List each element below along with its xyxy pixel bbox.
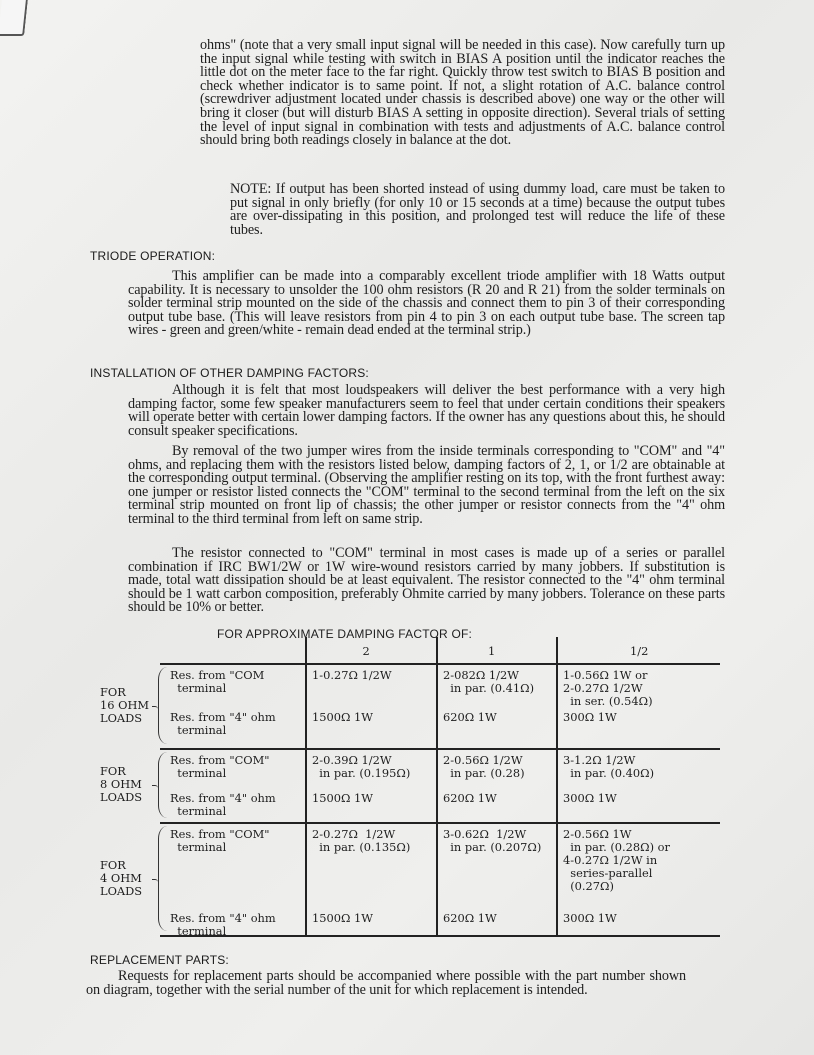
load-group-label: FOR 16 OHM LOADS [100, 686, 149, 725]
resistor-value: 2-0.39Ω 1/2W in par. (0.195Ω) [312, 754, 410, 780]
resistor-value: 3-1.2Ω 1/2W in par. (0.40Ω) [563, 754, 654, 780]
damping-paragraph-2: By removal of the two jumper wires from … [128, 445, 725, 527]
column-header: 1/2 [630, 645, 648, 658]
resistor-value: 620Ω 1W [443, 912, 497, 925]
row-label: Res. from "COM" terminal [170, 754, 270, 780]
row-label: Res. from "4" ohm terminal [170, 912, 276, 938]
brace-icon [158, 752, 167, 818]
column-header: 1 [488, 645, 495, 658]
row-label: Res. from "COM" terminal [170, 828, 270, 854]
load-group-label: FOR 4 OHM LOADS [100, 859, 142, 898]
row-label: Res. from "COM terminal [170, 669, 264, 695]
section-heading-replacement: REPLACEMENT PARTS: [90, 953, 229, 967]
resistor-value: 3-0.62Ω 1/2W in par. (0.207Ω) [443, 828, 541, 854]
header-rule [160, 663, 720, 665]
replacement-paragraph: Requests for replacement parts should be… [86, 970, 686, 997]
resistor-value: 1500Ω 1W [312, 912, 373, 925]
resistor-value: 300Ω 1W [563, 711, 617, 724]
group-rule [160, 822, 720, 824]
table-caption: FOR APPROXIMATE DAMPING FACTOR OF: [217, 627, 472, 641]
resistor-value: 2-082Ω 1/2W in par. (0.41Ω) [443, 669, 534, 695]
row-label: Res. from "4" ohm terminal [170, 711, 276, 737]
intro-paragraph: ohms" (note that a very small input sign… [200, 39, 725, 148]
resistor-value: 300Ω 1W [563, 792, 617, 805]
column-divider [556, 637, 558, 935]
folded-corner [0, 0, 28, 36]
resistor-value: 300Ω 1W [563, 912, 617, 925]
triode-paragraph: This amplifier can be made into a compar… [128, 270, 725, 338]
note-paragraph: NOTE: If output has been shorted instead… [230, 183, 725, 237]
resistor-value: 620Ω 1W [443, 792, 497, 805]
damping-paragraph-3: The resistor connected to "COM" terminal… [128, 547, 725, 615]
section-heading-damping: INSTALLATION OF OTHER DAMPING FACTORS: [90, 366, 369, 380]
resistor-value: 1-0.56Ω 1W or 2-0.27Ω 1/2W in ser. (0.54… [563, 669, 653, 708]
row-label: Res. from "4" ohm terminal [170, 792, 276, 818]
load-group-label: FOR 8 OHM LOADS [100, 765, 142, 804]
damping-paragraph-1: Although it is felt that most loudspeake… [128, 384, 725, 438]
resistor-value: 1500Ω 1W [312, 792, 373, 805]
column-header: 2 [363, 645, 370, 658]
group-rule [160, 748, 720, 750]
resistor-value: 2-0.56Ω 1/2W in par. (0.28) [443, 754, 525, 780]
resistor-value: 2-0.27Ω 1/2W in par. (0.135Ω) [312, 828, 410, 854]
resistor-value: 2-0.56Ω 1W in par. (0.28Ω) or 4-0.27Ω 1/… [563, 828, 670, 893]
resistor-value: 1500Ω 1W [312, 711, 373, 724]
section-heading-triode: TRIODE OPERATION: [90, 249, 215, 263]
resistor-value: 620Ω 1W [443, 711, 497, 724]
column-divider [305, 637, 307, 935]
resistor-value: 1-0.27Ω 1/2W [312, 669, 392, 682]
brace-icon [158, 667, 167, 744]
brace-icon [158, 826, 167, 931]
column-divider [436, 637, 438, 935]
